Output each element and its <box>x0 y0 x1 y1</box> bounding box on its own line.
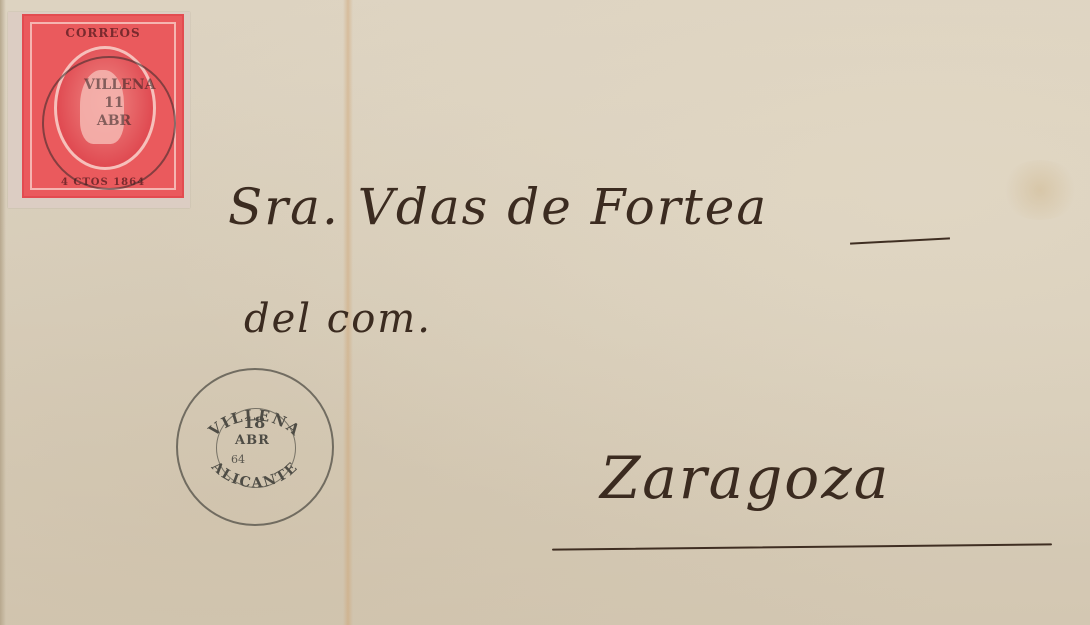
cancel-day: 11 <box>84 94 144 112</box>
address-line-1: Sra. Vdas de Fortea <box>228 178 768 236</box>
address-city: Zaragoza <box>600 444 890 512</box>
postmark-inner-ring: 18 ABR 64 <box>216 408 296 488</box>
postmark-day: 18 <box>243 413 265 432</box>
paper-edge <box>0 0 6 625</box>
cancel-month: ABR <box>84 112 144 130</box>
city-underline <box>552 543 1052 550</box>
stamp-country-label: CORREOS <box>24 26 182 40</box>
postmark-year: 64 <box>231 453 245 466</box>
paper-stain <box>1000 160 1080 220</box>
postmark-month: ABR <box>235 433 270 448</box>
postage-stamp: CORREOS 4 CTOS 1864 VILLENA 11 ABR <box>22 14 184 198</box>
stamp-cancel-text: VILLENA 11 ABR <box>84 76 144 130</box>
address-flourish <box>850 237 950 244</box>
postal-cover: CORREOS 4 CTOS 1864 VILLENA 11 ABR VILLE… <box>0 0 1090 625</box>
cancel-town: VILLENA <box>84 76 144 94</box>
address-line-2: del com. <box>244 296 432 342</box>
postmark: VILLENA ALICANTE 18 ABR 64 <box>176 368 334 526</box>
